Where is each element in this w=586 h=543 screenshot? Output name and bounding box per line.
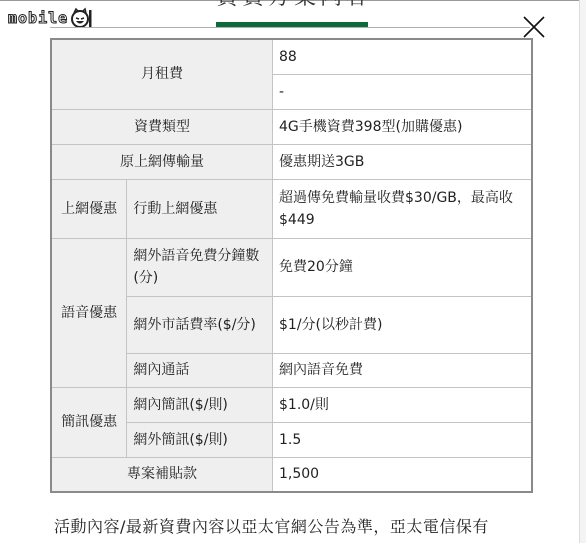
monthly-fee-value-2: - bbox=[273, 74, 533, 109]
onnet-sms-value: $1.0/則 bbox=[273, 387, 533, 422]
landline-rate-label: 網外市話費率($/分) bbox=[127, 296, 273, 353]
landline-rate-value: $1/分(以秒計費) bbox=[273, 296, 533, 353]
offnet-voice-minutes-label: 網外語音免費分鐘數(分) bbox=[127, 238, 273, 296]
table-row: 語音優惠 網外語音免費分鐘數(分) 免費20分鐘 bbox=[51, 238, 532, 296]
mascot-icon bbox=[70, 7, 92, 29]
onnet-call-value: 網內語音免費 bbox=[273, 353, 533, 387]
offnet-sms-value: 1.5 bbox=[273, 422, 533, 457]
plan-type-label: 資費類型 bbox=[51, 109, 273, 144]
original-data-label: 原上網傳輸量 bbox=[51, 144, 273, 179]
footer-note: 活動內容/最新資費內容以亞太官網公告為準，亞太電信保有 bbox=[54, 514, 489, 537]
page: MOBILE 資費方案內容 月租費 88 - 資費類型 4G手機資費398型(加… bbox=[0, 0, 586, 543]
offnet-sms-label: 網外簡訊($/則) bbox=[127, 422, 273, 457]
close-icon[interactable] bbox=[522, 15, 546, 39]
table-row: 原上網傳輸量 優惠期送3GB bbox=[51, 144, 532, 179]
subsidy-label: 專案補貼款 bbox=[51, 457, 273, 492]
mobile-data-promo-value: 超過傳免費輸量收費$30/GB，最高收$449 bbox=[273, 179, 533, 238]
sms-promo-group: 簡訊優惠 bbox=[51, 387, 127, 457]
subsidy-value: 1,500 bbox=[273, 457, 533, 492]
voice-promo-group: 語音優惠 bbox=[51, 238, 127, 387]
table-row: 專案補貼款 1,500 bbox=[51, 457, 532, 492]
table-row: 月租費 88 bbox=[51, 39, 532, 74]
plan-details-table: 月租費 88 - 資費類型 4G手機資費398型(加購優惠) 原上網傳輸量 優惠… bbox=[50, 38, 533, 493]
offnet-voice-minutes-value: 免費20分鐘 bbox=[273, 238, 533, 296]
data-promo-group: 上網優惠 bbox=[51, 179, 127, 238]
plan-type-value: 4G手機資費398型(加購優惠) bbox=[273, 109, 533, 144]
header-divider bbox=[50, 27, 530, 28]
scrollbar[interactable] bbox=[579, 0, 586, 543]
onnet-sms-label: 網內簡訊($/則) bbox=[127, 387, 273, 422]
section-title: 資費方案內容 bbox=[216, 0, 372, 10]
mobile-data-promo-label: 行動上網優惠 bbox=[127, 179, 273, 238]
logo-text: MOBILE bbox=[8, 9, 68, 27]
table-row: 上網優惠 行動上網優惠 超過傳免費輸量收費$30/GB，最高收$449 bbox=[51, 179, 532, 238]
table-row: 簡訊優惠 網內簡訊($/則) $1.0/則 bbox=[51, 387, 532, 422]
table-row: 資費類型 4G手機資費398型(加購優惠) bbox=[51, 109, 532, 144]
monthly-fee-label: 月租費 bbox=[51, 39, 273, 109]
original-data-value: 優惠期送3GB bbox=[273, 144, 533, 179]
onnet-call-label: 網內通話 bbox=[127, 353, 273, 387]
monthly-fee-value: 88 bbox=[273, 39, 533, 74]
